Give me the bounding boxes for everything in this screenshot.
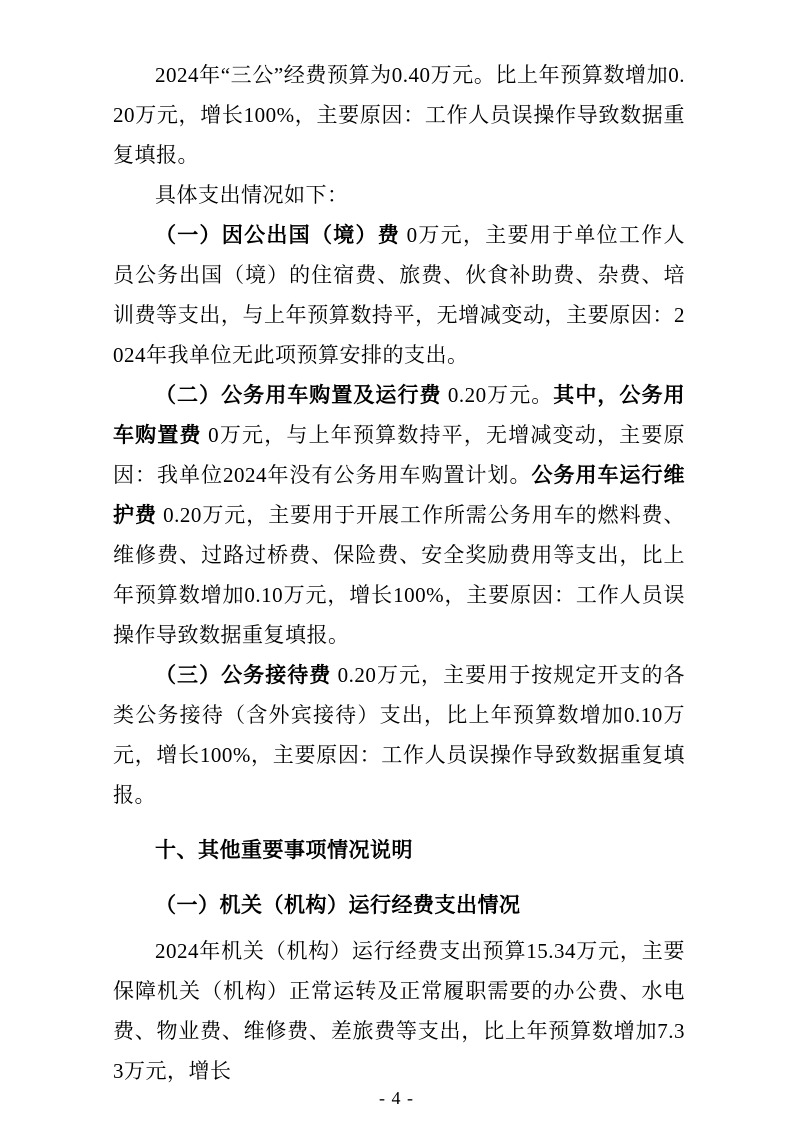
detail-intro-text: 具体支出情况如下： — [155, 183, 349, 207]
document-page: 2024年“三公”经费预算为0.40万元。比上年预算数增加0.20万元，增长10… — [0, 0, 793, 1122]
para-official-reception-expense: （三）公务接待费 0.20万元，主要用于按规定开支的各类公务接待（含外宾接待）支… — [113, 655, 685, 815]
vehicle-maintenance-body: 0.20万元，主要用于开展工作所需公务用车的燃料费、维修费、过路过桥费、保险费、… — [113, 503, 685, 647]
heading-agency-operating-expense: （一）机关（机构）运行经费支出情况 — [113, 885, 685, 925]
para-detail-intro: 具体支出情况如下： — [113, 175, 685, 215]
overseas-travel-expense-label: （一）因公出国（境）费 — [155, 223, 400, 247]
vehicle-expense-label: （二）公务用车购置及运行费 — [155, 383, 442, 407]
document-body: 2024年“三公”经费预算为0.40万元。比上年预算数增加0.20万元，增长10… — [113, 55, 685, 1091]
vehicle-expense-value: 0.20万元。 — [442, 383, 554, 407]
agency-operating-expense-text: 2024年机关（机构）运行经费支出预算15.34万元，主要保障机关（机构）正常运… — [113, 939, 685, 1083]
reception-expense-label: （三）公务接待费 — [155, 663, 331, 687]
para-official-vehicle-expense: （二）公务用车购置及运行费 0.20万元。其中，公务用车购置费 0万元，与上年预… — [113, 375, 685, 655]
para-agency-operating-expense: 2024年机关（机构）运行经费支出预算15.34万元，主要保障机关（机构）正常运… — [113, 931, 685, 1091]
heading-section-ten: 十、其他重要事项情况说明 — [113, 831, 685, 871]
para-three-public-summary: 2024年“三公”经费预算为0.40万元。比上年预算数增加0.20万元，增长10… — [113, 55, 685, 175]
para-overseas-travel-expense: （一）因公出国（境）费 0万元，主要用于单位工作人员公务出国（境）的住宿费、旅费… — [113, 215, 685, 375]
page-number: - 4 - — [0, 1086, 793, 1110]
three-public-summary-text: 2024年“三公”经费预算为0.40万元。比上年预算数增加0.20万元，增长10… — [113, 63, 685, 167]
